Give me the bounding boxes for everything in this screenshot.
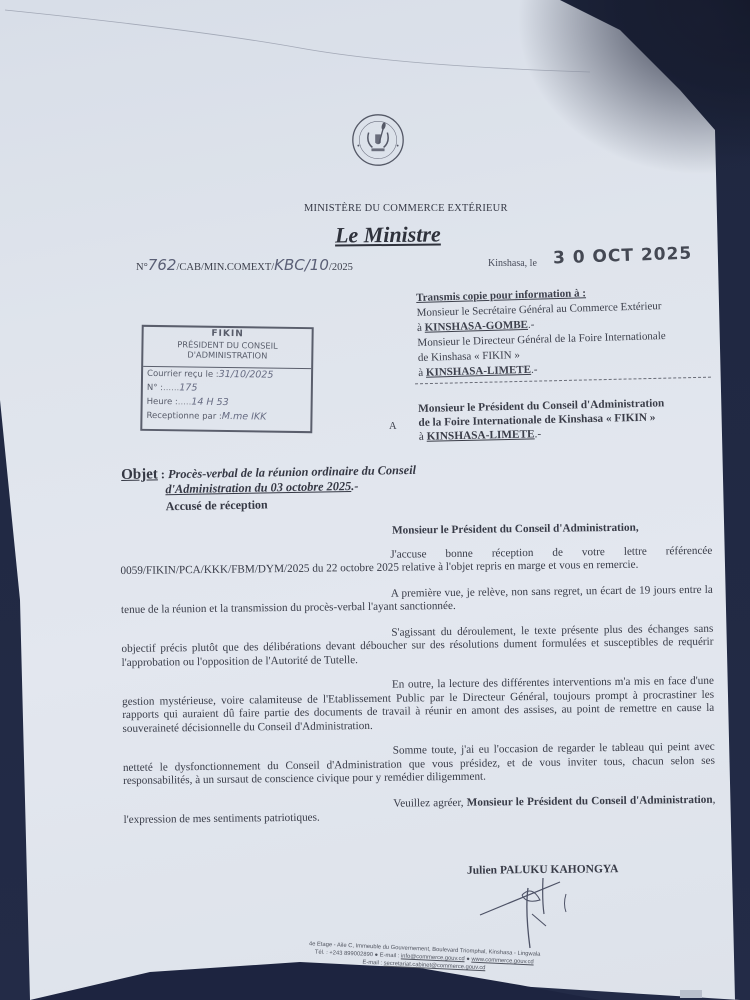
- paragraph: En outre, la lecture des différentes int…: [122, 675, 715, 736]
- subject-line-2: d'Administration du 03 octobre 2025: [165, 479, 351, 496]
- reception-stamp: FIKIN PRÉSIDENT DU CONSEIL D'ADMINISTRAT…: [140, 325, 313, 433]
- addressee-suffix: .-: [534, 428, 541, 440]
- subject-block: Objet : Procès-verbal de la réunion ordi…: [121, 463, 417, 515]
- copy-suffix: .-: [531, 364, 538, 376]
- stamp-value: M.me IKK: [222, 411, 267, 423]
- stamp-label: N° :: [147, 383, 163, 393]
- letter-body: Monsieur le Président du Conseil d'Admin…: [120, 521, 716, 840]
- stamp-value: 14 H 53: [191, 397, 229, 409]
- stamp-label: Heure :: [147, 397, 178, 407]
- paragraph-first-line: A première vue, je relève, non sans regr…: [391, 584, 676, 599]
- copy-distribution: Transmis copie pour information à : Mons…: [416, 283, 718, 381]
- paragraph: S'agissant du déroulement, le texte prés…: [121, 622, 713, 670]
- reference-number: N°762/CAB/MIN.COMEXT/KBC/10/2025: [136, 256, 353, 274]
- stamp-field-receiver: Receptionne par :M.me IKK: [142, 409, 310, 425]
- stamp-dots: .....: [178, 397, 192, 407]
- closing-formula: Veuillez agréer, Monsieur le Président d…: [123, 793, 715, 827]
- ref-middle: /CAB/MIN.COMEXT/: [176, 262, 274, 273]
- copy-place: KINSHASA-LIMETE: [426, 364, 531, 379]
- closing-bold: d'Administration: [630, 793, 713, 806]
- ref-prefix: N°: [136, 262, 148, 273]
- addressee-place: KINSHASA-LIMETE: [426, 428, 534, 442]
- stamp-value: 31/10/2025: [219, 369, 274, 381]
- paragraph-rest: 0059/FIKIN/PCA/KKK/FBM/DYM/2025 du 22 oc…: [120, 559, 638, 577]
- footer-email-label: E-mail :: [362, 960, 384, 967]
- paragraph: J'accuse bonne réception de votre lettre…: [120, 544, 712, 578]
- closing-bold: Monsieur le Président du Conseil: [467, 794, 627, 808]
- letterhead-title: Le Ministre: [335, 221, 441, 248]
- salutation: Monsieur le Président du Conseil d'Admin…: [392, 521, 712, 538]
- stamp-title-2: D'ADMINISTRATION: [143, 349, 311, 361]
- paragraph: A première vue, je relève, non sans regr…: [121, 583, 713, 617]
- stamp-header: FIKIN PRÉSIDENT DU CONSEIL D'ADMINISTRAT…: [143, 327, 312, 369]
- handwritten-signature: [470, 870, 600, 950]
- addressee-marker: A: [389, 421, 397, 432]
- ref-number-handwritten: 762: [148, 256, 177, 274]
- paragraph: Somme toute, j'ai eu l'occasion de regar…: [123, 741, 715, 789]
- copy-place: KINSHASA-GOMBE: [425, 319, 529, 334]
- corner-mark: [680, 990, 702, 998]
- stamp-label: Courrier reçu le :: [147, 369, 219, 380]
- paragraph-first-line: J'accuse bonne réception de votre lettre…: [390, 544, 712, 560]
- subject-line-1: Procès-verbal de la réunion ordinaire du…: [168, 463, 416, 481]
- ministry-name: MINISTÈRE DU COMMERCE EXTÉRIEUR: [304, 203, 508, 214]
- subject-label: Objet: [121, 466, 158, 483]
- stamp-dots: ......: [163, 383, 179, 393]
- drc-coat-of-arms-icon: [350, 112, 406, 168]
- closing-plain: Veuillez agréer,: [393, 796, 463, 809]
- subject-sep: :: [158, 467, 168, 481]
- ref-code-handwritten: KBC/10: [274, 256, 329, 274]
- subject-suffix: .-: [351, 479, 358, 493]
- addressee-block: Monsieur le Président du Conseil d'Admin…: [418, 396, 665, 444]
- ref-year: /2025: [329, 262, 353, 273]
- date-label: Kinshasa, le: [488, 258, 537, 269]
- copy-suffix: .-: [528, 319, 535, 331]
- stamp-value: 175: [179, 382, 197, 393]
- stamp-label: Receptionne par :: [146, 411, 221, 422]
